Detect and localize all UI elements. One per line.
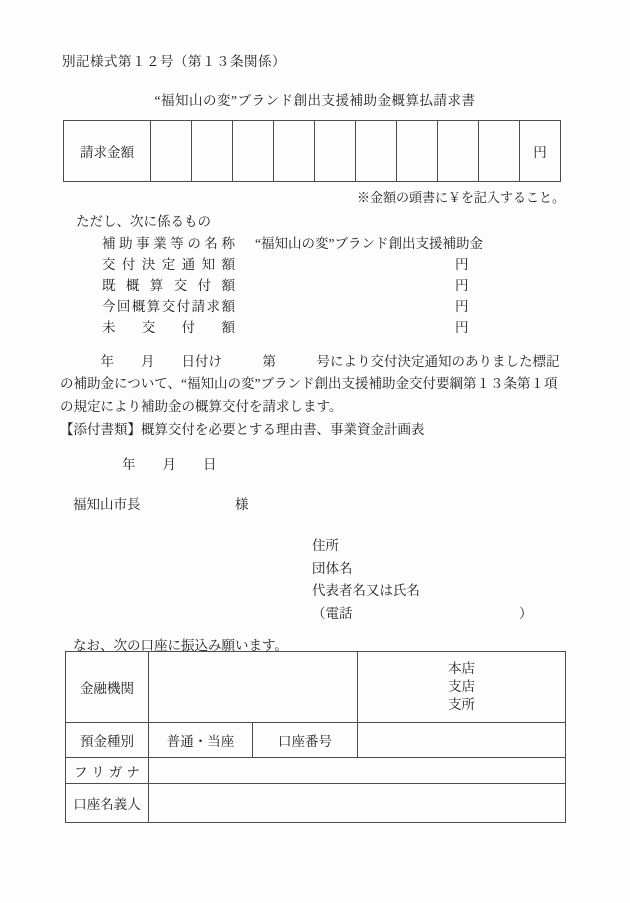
account-holder-label-cell: 口座名義人 — [66, 784, 149, 823]
bank-row-holder: 口座名義人 — [66, 784, 566, 823]
request-line: 年 月 日付け 第 号により交付決定通知のありました標記 — [60, 351, 572, 373]
institution-label-cell: 金融機関 — [66, 652, 149, 723]
request-line: の規定により補助金の概算交付を請求します。 — [60, 396, 572, 418]
amount-digit-cell — [274, 121, 315, 182]
amount-digit-cell — [151, 121, 192, 182]
detail-row-project-name: 補助事業等の名称 “福知山の変”ブランド創出支援補助金 — [102, 232, 532, 253]
addressee-line: 福知山市長 様 — [73, 493, 249, 513]
detail-label: 交付決定通知額 — [102, 253, 235, 273]
amount-digit-cell — [479, 121, 520, 182]
request-paragraph: 年 月 日付け 第 号により交付決定通知のありました標記 の補助金について、“福… — [60, 351, 572, 418]
branch-option-shisho: 支所 — [358, 696, 565, 714]
amount-digit-cell — [233, 121, 274, 182]
detail-label: 既概算交付額 — [102, 274, 235, 294]
institution-input-cell — [149, 652, 358, 723]
document-page: 別記様式第１２号（第１３条関係） “福知山の変”ブランド創出支援補助金概算払請求… — [0, 0, 630, 903]
request-line: の補助金について、“福知山の変”ブランド創出支援補助金交付要綱第１３条第１項 — [60, 373, 572, 395]
document-title: “福知山の変”ブランド創出支援補助金概算払請求書 — [0, 89, 630, 109]
amount-table-row: 請求金額 円 — [64, 121, 561, 182]
furigana-input-cell — [149, 758, 566, 784]
bank-account-table: 金融機関 本店 支店 支所 預金種別 普通・当座 口座番号 フリガナ 口座名義人 — [65, 651, 566, 823]
account-holder-input-cell — [149, 784, 566, 823]
amount-label-cell: 請求金額 — [64, 121, 151, 182]
bank-row-institution: 金融機関 本店 支店 支所 — [66, 652, 566, 723]
branch-option-honten: 本店 — [358, 660, 565, 678]
detail-value: “福知山の変”ブランド創出支援補助金 — [255, 232, 483, 252]
form-number: 別記様式第１２号（第１３条関係） — [62, 50, 286, 70]
detail-row-paid-amount: 既概算交付額 円 — [102, 274, 532, 295]
applicant-block: 住所 団体名 代表者名又は氏名 （電話 ） — [312, 535, 572, 625]
detail-row-unpaid-amount: 未交付額 円 — [102, 316, 532, 337]
detail-unit: 円 — [455, 316, 469, 336]
amount-unit-cell: 円 — [520, 121, 561, 182]
proviso-text: ただし、次に係るもの — [76, 210, 211, 230]
detail-label: 補助事業等の名称 — [102, 232, 235, 252]
branch-options-cell: 本店 支店 支所 — [358, 652, 566, 723]
account-number-label-cell: 口座番号 — [253, 723, 358, 758]
furigana-label: フリガナ — [74, 761, 140, 781]
phone-label: （電話 — [312, 606, 353, 621]
representative-label: 代表者名又は氏名 — [312, 580, 572, 603]
detail-list: 補助事業等の名称 “福知山の変”ブランド創出支援補助金 交付決定通知額 円 既概… — [102, 232, 532, 337]
amount-digit-cell — [356, 121, 397, 182]
date-line: 年 月 日 — [60, 453, 217, 473]
detail-label: 今回概算交付請求額 — [102, 295, 235, 315]
detail-unit: 円 — [455, 295, 469, 315]
bank-row-account: 預金種別 普通・当座 口座番号 — [66, 723, 566, 758]
amount-table: 請求金額 円 — [63, 120, 561, 182]
amount-note: ※金額の頭書に￥を記入すること。 — [357, 187, 565, 206]
branch-option-shiten: 支店 — [358, 678, 565, 696]
bank-row-furigana: フリガナ — [66, 758, 566, 784]
amount-digit-cell — [397, 121, 438, 182]
phone-line: （電話 ） — [312, 603, 572, 626]
detail-row-decided-amount: 交付決定通知額 円 — [102, 253, 532, 274]
detail-unit: 円 — [455, 253, 469, 273]
attachment-note: 【添付書類】概算交付を必要とする理由書、事業資金計画表 — [60, 418, 425, 438]
phone-close-paren: ） — [519, 603, 533, 626]
furigana-label-cell: フリガナ — [66, 758, 149, 784]
amount-digit-cell — [315, 121, 356, 182]
amount-digit-cell — [438, 121, 479, 182]
amount-digit-cell — [192, 121, 233, 182]
address-label: 住所 — [312, 535, 572, 558]
account-number-input-cell — [358, 723, 566, 758]
deposit-type-label-cell: 預金種別 — [66, 723, 149, 758]
organization-label: 団体名 — [312, 558, 572, 581]
detail-unit: 円 — [455, 274, 469, 294]
detail-row-requested-amount: 今回概算交付請求額 円 — [102, 295, 532, 316]
deposit-type-value-cell: 普通・当座 — [149, 723, 253, 758]
detail-label: 未交付額 — [102, 316, 235, 336]
